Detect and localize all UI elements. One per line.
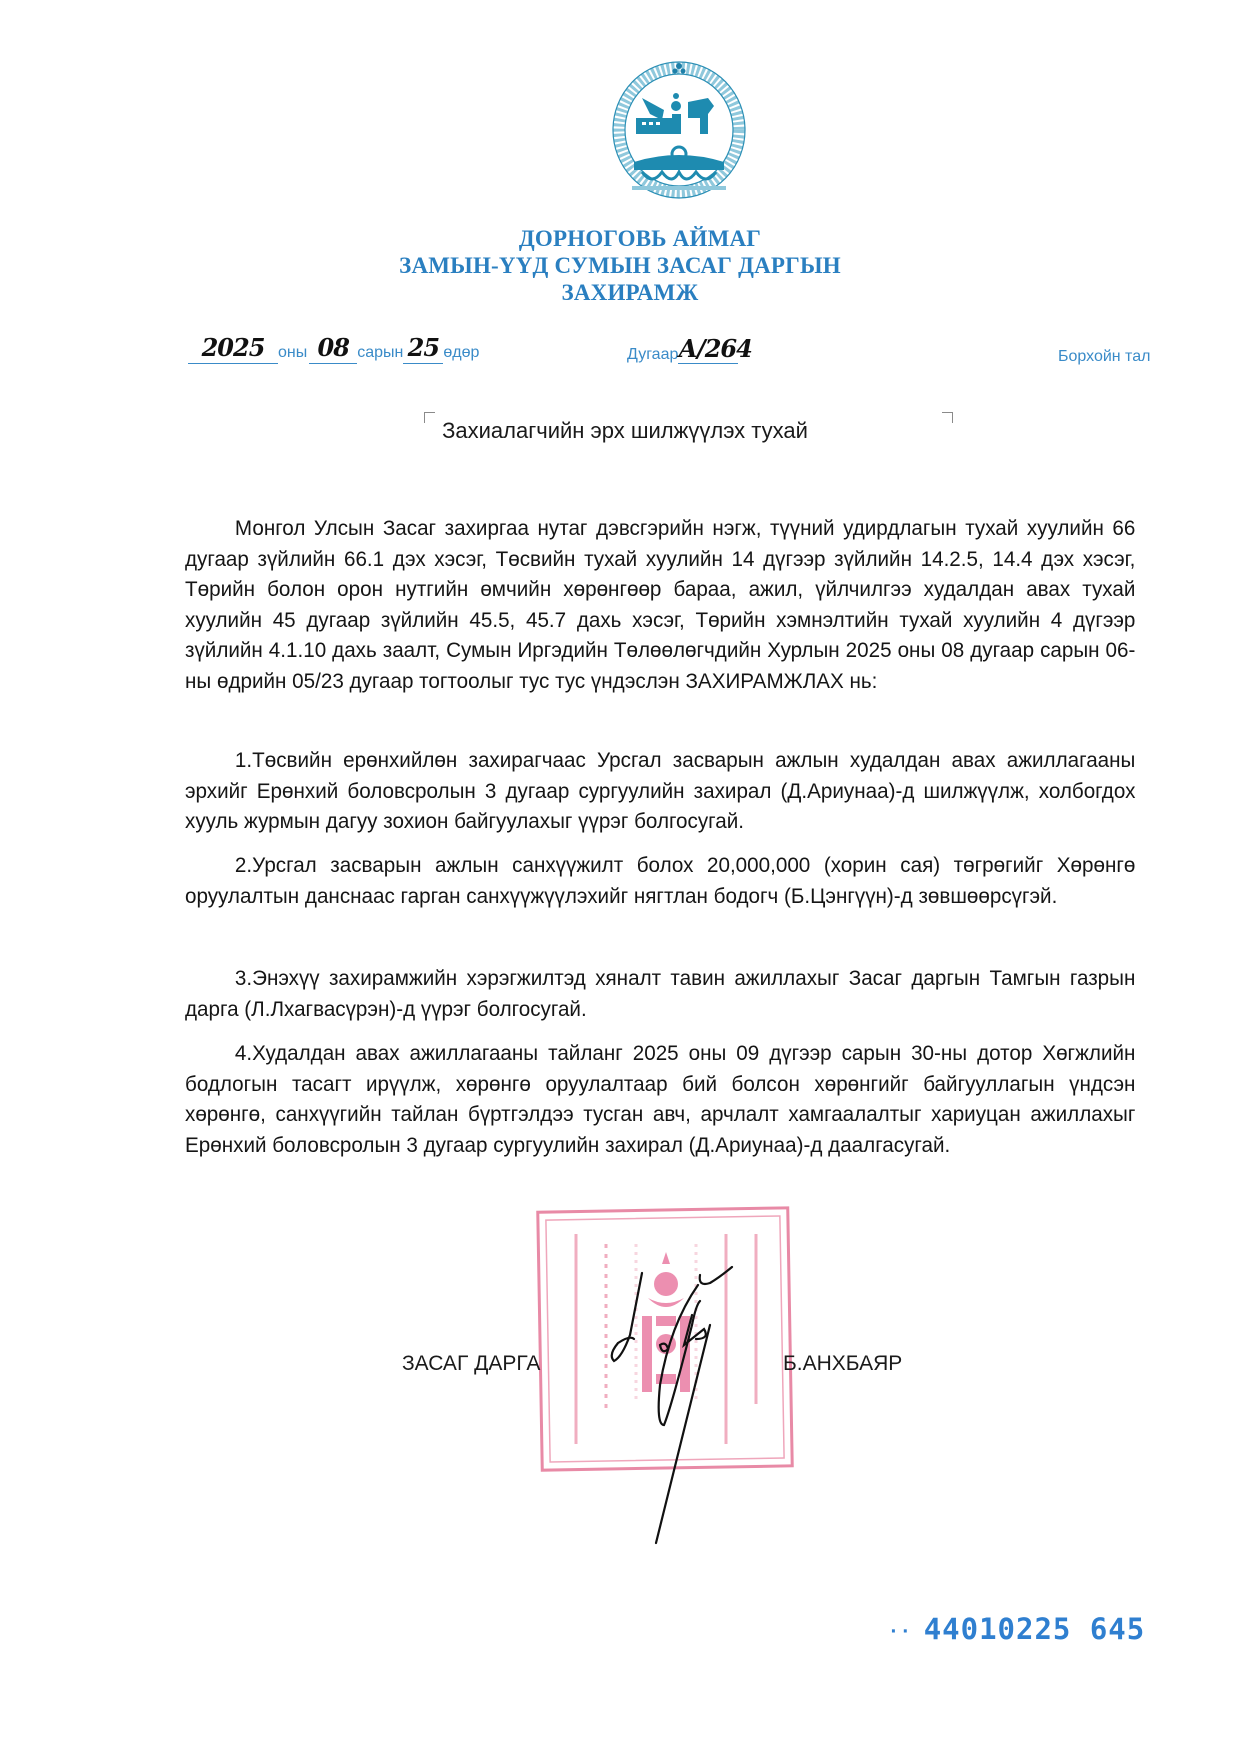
header-aimag: ДОРНОГОВЬ АЙМАГ: [0, 225, 1240, 252]
serial-dot-icon: ··: [888, 1621, 912, 1642]
decree-item-text: 3.Энэхүү захирамжийн хэрэгжилтэд хяналт …: [185, 963, 1135, 1024]
date-month: 08: [309, 333, 357, 364]
header-sum-governor: ЗАМЫН-ҮҮД СУМЫН ЗАСАГ ДАРГЫН: [0, 252, 1240, 279]
signatory-name: Б.АНХБАЯР: [783, 1352, 902, 1376]
month-label: сарын: [357, 342, 403, 364]
decree-item-text: 4.Худалдан авах ажиллагааны тайланг 2025…: [185, 1038, 1135, 1160]
year-label: оны: [278, 342, 307, 364]
date-year: 2025: [188, 333, 278, 364]
decree-subject: Захиалагчийн эрх шилжүүлэх тухай: [0, 418, 1240, 444]
decree-item-text: 1.Төсвийн ерөнхийлөн захирагчаас Урсгал …: [185, 745, 1135, 837]
signatory-title: ЗАСАГ ДАРГА: [402, 1352, 540, 1376]
day-label: өдөр: [443, 342, 479, 364]
place-name: Борхойн тал: [1058, 348, 1150, 366]
decree-item-text: 2.Урсгал засварын ажлын санхүүжилт болох…: [185, 850, 1135, 911]
date-line: 2025 оны 08 сарын 25 өдөр: [188, 330, 479, 364]
serial-number-text: 44010225 645: [924, 1612, 1146, 1646]
state-emblem-icon: [612, 58, 746, 204]
preamble-text: Монгол Улсын Засаг захиргаа нутаг дэвсгэ…: [185, 513, 1135, 696]
header-decree: ЗАХИРАМЖ: [0, 279, 1240, 306]
decree-item-4: 4.Худалдан авах ажиллагааны тайланг 2025…: [185, 1038, 1135, 1160]
decree-item-1: 1.Төсвийн ерөнхийлөн захирагчаас Урсгал …: [185, 745, 1135, 837]
decree-item-3: 3.Энэхүү захирамжийн хэрэгжилтэд хяналт …: [185, 963, 1135, 1024]
decree-number: А/264: [678, 334, 738, 364]
date-day: 25: [403, 333, 443, 364]
decree-item-2: 2.Урсгал засварын ажлын санхүүжилт болох…: [185, 850, 1135, 911]
number-label: Дугаар: [627, 346, 678, 364]
serial-number: ··44010225 645: [888, 1612, 1145, 1646]
decree-number-line: Дугаар А/264: [627, 330, 738, 364]
handwritten-signature: [600, 1265, 780, 1545]
preamble: Монгол Улсын Засаг захиргаа нутаг дэвсгэ…: [185, 513, 1135, 696]
